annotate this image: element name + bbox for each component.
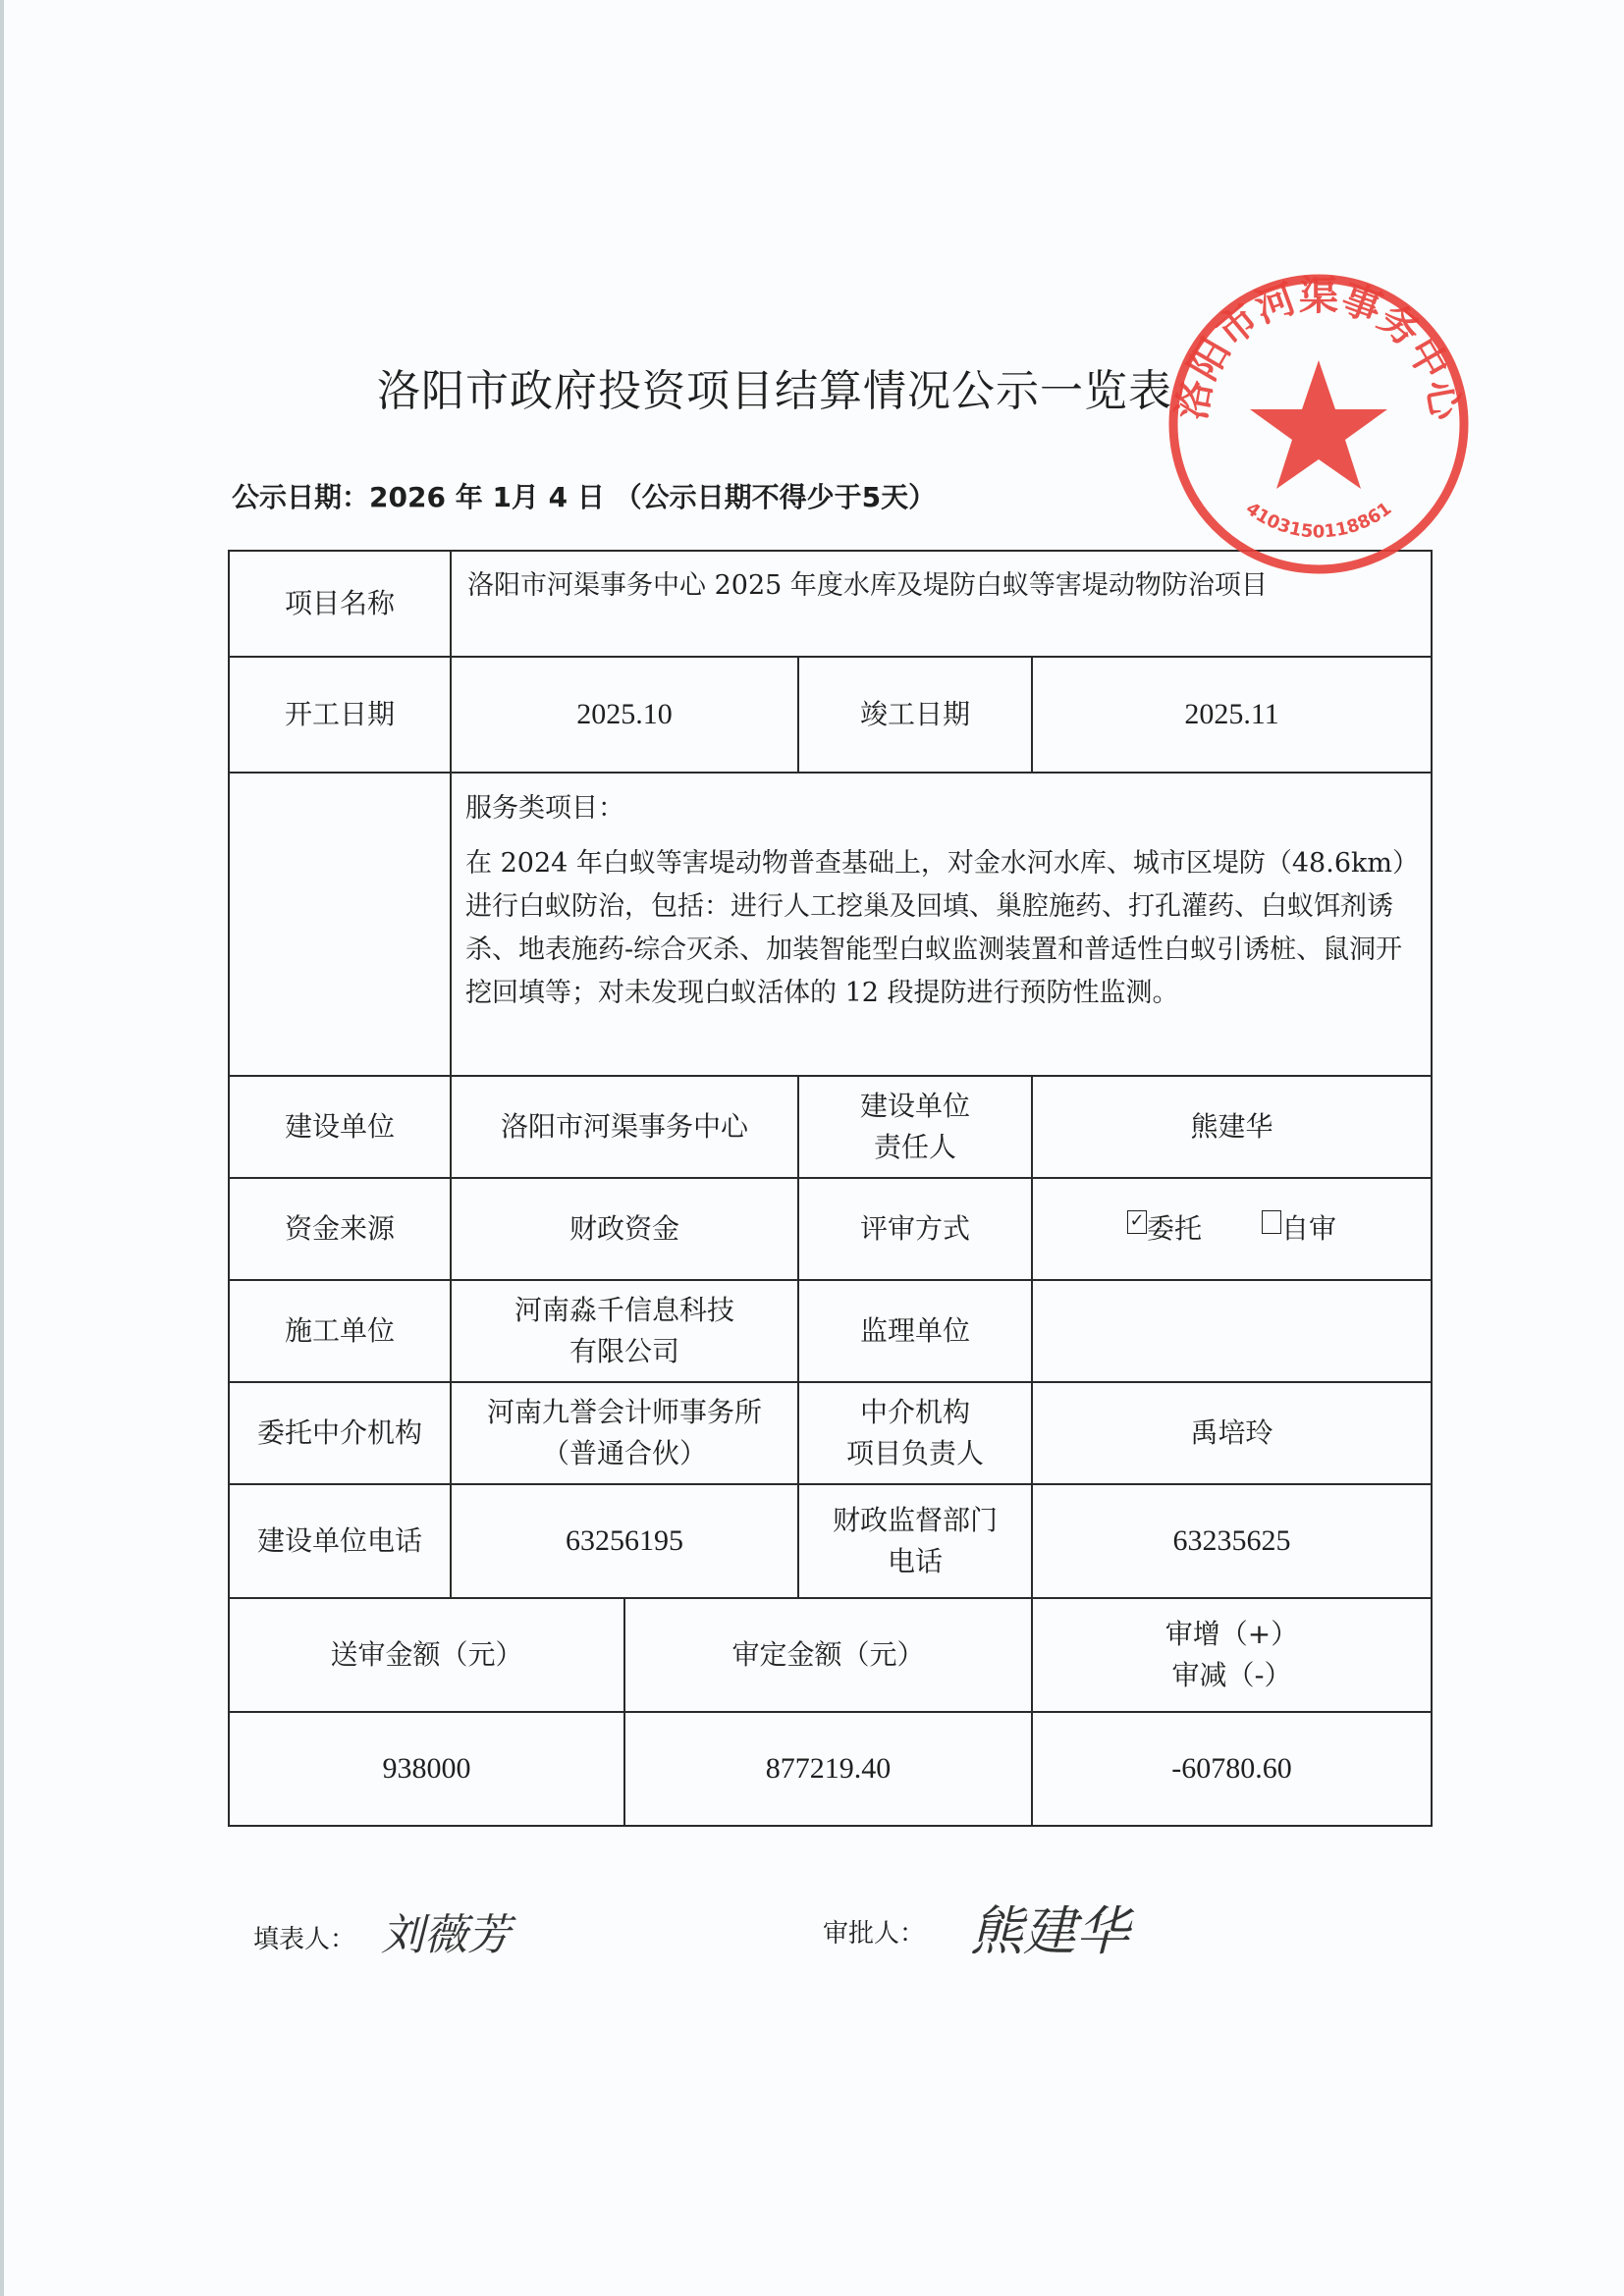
row-contractor: 施工单位 河南淼千信息科技 有限公司 监理单位 bbox=[229, 1280, 1432, 1382]
construction-unit-label: 建设单位 bbox=[229, 1076, 451, 1178]
agency-leader-label: 中介机构 项目负责人 bbox=[798, 1382, 1032, 1484]
svg-text:洛阳市河渠事务中心: 洛阳市河渠事务中心 bbox=[1169, 274, 1469, 425]
completion-date-value: 2025.11 bbox=[1032, 657, 1432, 773]
finance-phone-label-line1: 财政监督部门 bbox=[807, 1500, 1023, 1541]
approver-signature: 熊建华 bbox=[970, 1890, 1129, 1965]
checkbox-unchecked-icon[interactable] bbox=[1262, 1210, 1281, 1234]
fund-source-value: 财政资金 bbox=[451, 1178, 798, 1280]
checkbox-checked-icon[interactable]: ✓ bbox=[1127, 1210, 1147, 1234]
construction-unit-value: 洛阳市河渠事务中心 bbox=[451, 1076, 798, 1178]
completion-date-label: 竣工日期 bbox=[798, 657, 1032, 773]
review-option-self[interactable]: 自审 bbox=[1262, 1208, 1336, 1250]
row-description: 服务类项目： 在 2024 年白蚁等害堤动物普查基础上，对金水河水库、城市区堤防… bbox=[229, 773, 1432, 1076]
row-dates: 开工日期 2025.10 竣工日期 2025.11 bbox=[229, 657, 1432, 773]
review-method-label: 评审方式 bbox=[798, 1178, 1032, 1280]
description-body: 在 2024 年白蚁等害堤动物普查基础上，对金水河水库、城市区堤防（48.6km… bbox=[465, 842, 1417, 1015]
construction-unit-leader-label: 建设单位 责任人 bbox=[798, 1076, 1032, 1178]
construction-unit-leader-value: 熊建华 bbox=[1032, 1076, 1432, 1178]
row-agency: 委托中介机构 河南九誉会计师事务所 （普通合伙） 中介机构 项目负责人 禹培玲 bbox=[229, 1382, 1432, 1484]
agency-leader-value: 禹培玲 bbox=[1032, 1382, 1432, 1484]
row-phones: 建设单位电话 63256195 财政监督部门 电话 63235625 bbox=[229, 1484, 1432, 1598]
seal-number: 4103150118861 bbox=[1242, 499, 1396, 543]
settlement-table: 项目名称 洛阳市河渠事务中心 2025 年度水库及堤防白蚁等害堤动物防治项目 开… bbox=[228, 550, 1433, 1827]
filler-signature: 刘薇芳 bbox=[381, 1899, 511, 1962]
agency-value-line2: （普通合伙） bbox=[460, 1433, 789, 1474]
submitted-amount-label: 送审金额（元） bbox=[229, 1598, 624, 1712]
diff-label-line2: 审减（-） bbox=[1041, 1655, 1423, 1696]
leader-label-line2: 责任人 bbox=[807, 1127, 1023, 1168]
unit-phone-value: 63256195 bbox=[451, 1484, 798, 1598]
fund-source-label: 资金来源 bbox=[229, 1178, 451, 1280]
diff-amount-value: -60780.60 bbox=[1032, 1712, 1432, 1826]
approver-label: 审批人： bbox=[823, 1913, 925, 1949]
supervisor-value bbox=[1032, 1280, 1432, 1382]
scan-edge bbox=[0, 0, 4, 2296]
agency-value: 河南九誉会计师事务所 （普通合伙） bbox=[451, 1382, 798, 1484]
project-name-value: 洛阳市河渠事务中心 2025 年度水库及堤防白蚁等害堤动物防治项目 bbox=[451, 551, 1432, 657]
description-label bbox=[229, 773, 451, 1076]
agency-leader-label-line2: 项目负责人 bbox=[807, 1433, 1023, 1474]
row-project-name: 项目名称 洛阳市河渠事务中心 2025 年度水库及堤防白蚁等害堤动物防治项目 bbox=[229, 551, 1432, 657]
publication-date: 公示日期：2026 年 1月 4 日 （公示日期不得少于5天） bbox=[232, 476, 936, 515]
supervisor-label: 监理单位 bbox=[798, 1280, 1032, 1382]
finance-phone-label: 财政监督部门 电话 bbox=[798, 1484, 1032, 1598]
publication-date-value: 2026 年 1月 4 日 bbox=[369, 481, 605, 513]
review-option-self-label: 自审 bbox=[1281, 1212, 1336, 1245]
publication-date-label: 公示日期： bbox=[232, 481, 369, 513]
description-heading: 服务类项目： bbox=[465, 787, 1417, 830]
contractor-value-line2: 有限公司 bbox=[460, 1331, 789, 1372]
svg-text:4103150118861: 4103150118861 bbox=[1242, 499, 1396, 543]
contractor-value-line1: 河南淼千信息科技 bbox=[460, 1290, 789, 1331]
row-amounts-header: 送审金额（元） 审定金额（元） 审增（+） 审减（-） bbox=[229, 1598, 1432, 1712]
seal-text: 洛阳市河渠事务中心 bbox=[1169, 274, 1469, 425]
project-name-label: 项目名称 bbox=[229, 551, 451, 657]
publication-date-note: （公示日期不得少于5天） bbox=[615, 481, 936, 513]
review-option-entrusted-label: 委托 bbox=[1147, 1212, 1202, 1245]
approved-amount-value: 877219.40 bbox=[624, 1712, 1032, 1826]
row-construction-unit: 建设单位 洛阳市河渠事务中心 建设单位 责任人 熊建华 bbox=[229, 1076, 1432, 1178]
finance-phone-value: 63235625 bbox=[1032, 1484, 1432, 1598]
approved-amount-label: 审定金额（元） bbox=[624, 1598, 1032, 1712]
filler-label: 填表人： bbox=[253, 1919, 355, 1955]
agency-leader-label-line1: 中介机构 bbox=[807, 1392, 1023, 1433]
description-cell: 服务类项目： 在 2024 年白蚁等害堤动物普查基础上，对金水河水库、城市区堤防… bbox=[451, 773, 1432, 1076]
diff-amount-label: 审增（+） 审减（-） bbox=[1032, 1598, 1432, 1712]
row-fund-source: 资金来源 财政资金 评审方式 ✓委托 自审 bbox=[229, 1178, 1432, 1280]
finance-phone-label-line2: 电话 bbox=[807, 1541, 1023, 1582]
leader-label-line1: 建设单位 bbox=[807, 1086, 1023, 1127]
document-title: 洛阳市政府投资项目结算情况公示一览表 bbox=[377, 355, 1172, 418]
diff-label-line1: 审增（+） bbox=[1041, 1614, 1423, 1655]
submitted-amount-value: 938000 bbox=[229, 1712, 624, 1826]
agency-value-line1: 河南九誉会计师事务所 bbox=[460, 1392, 789, 1433]
start-date-value: 2025.10 bbox=[451, 657, 798, 773]
review-option-entrusted[interactable]: ✓委托 bbox=[1127, 1208, 1202, 1250]
official-seal-icon: 洛阳市河渠事务中心 4103150118861 bbox=[1157, 267, 1481, 581]
unit-phone-label: 建设单位电话 bbox=[229, 1484, 451, 1598]
contractor-value: 河南淼千信息科技 有限公司 bbox=[451, 1280, 798, 1382]
contractor-label: 施工单位 bbox=[229, 1280, 451, 1382]
row-amounts-values: 938000 877219.40 -60780.60 bbox=[229, 1712, 1432, 1826]
review-method-options: ✓委托 自审 bbox=[1032, 1178, 1432, 1280]
start-date-label: 开工日期 bbox=[229, 657, 451, 773]
agency-label: 委托中介机构 bbox=[229, 1382, 451, 1484]
